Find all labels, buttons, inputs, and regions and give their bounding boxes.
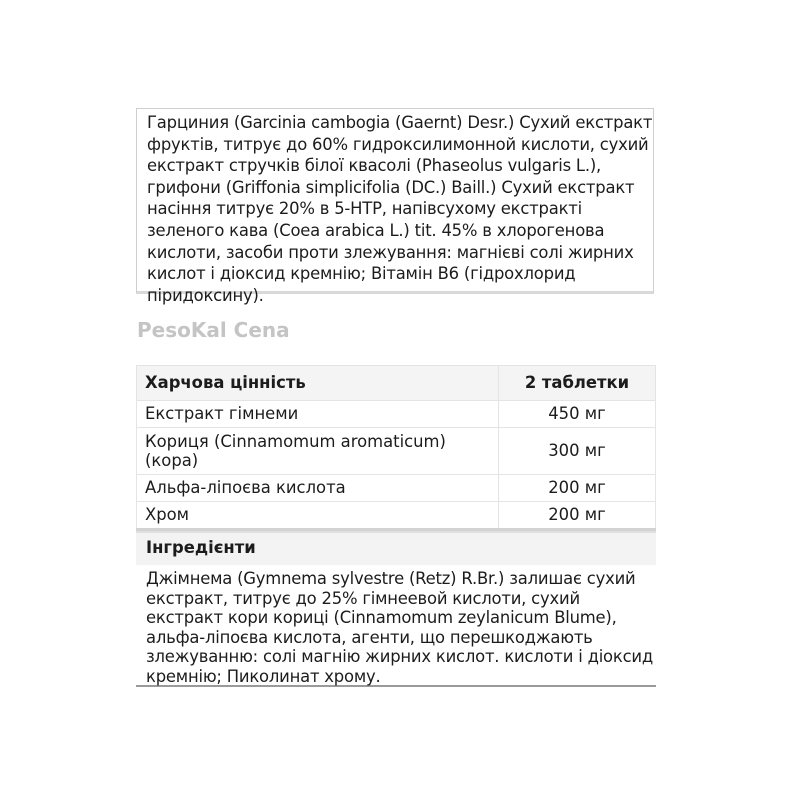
nutrition-table: Харчова цінність 2 таблетки Екстракт гім… bbox=[136, 365, 656, 531]
nutrient-name: Екстракт гімнеми bbox=[137, 401, 499, 428]
header-nutrition-value: Харчова цінність bbox=[137, 366, 499, 401]
nutrient-value: 450 мг bbox=[499, 401, 656, 428]
table-row: Екстракт гімнеми 450 мг bbox=[137, 401, 656, 428]
nutrient-value: 300 мг bbox=[499, 428, 656, 475]
table-row: Кориця (Cinnamomum aromaticum) (кора) 30… bbox=[137, 428, 656, 475]
composition-text: Гарциния (Garcinia cambogia (Gaernt) Des… bbox=[137, 109, 653, 306]
nutrient-name: Альфа-ліпоєва кислота bbox=[137, 475, 499, 502]
nutrient-name: Кориця (Cinnamomum aromaticum) (кора) bbox=[137, 428, 499, 475]
ingredients-text: Джімнема (Gymnema sylvestre (Retz) R.Br.… bbox=[136, 567, 656, 687]
table-header-row: Харчова цінність 2 таблетки bbox=[137, 366, 656, 401]
table-row: Альфа-ліпоєва кислота 200 мг bbox=[137, 475, 656, 502]
header-serving: 2 таблетки bbox=[499, 366, 656, 401]
nutrient-value: 200 мг bbox=[499, 475, 656, 502]
ingredients-box: Джімнема (Gymnema sylvestre (Retz) R.Br.… bbox=[136, 567, 656, 687]
composition-box: Гарциния (Garcinia cambogia (Gaernt) Des… bbox=[136, 108, 654, 294]
nutrient-name: Хром bbox=[137, 502, 499, 530]
nutrient-value: 200 мг bbox=[499, 502, 656, 530]
ingredients-heading: Інгредієнти bbox=[136, 531, 656, 565]
table-row: Хром 200 мг bbox=[137, 502, 656, 530]
product-heading: PesoKal Cena bbox=[137, 318, 290, 342]
